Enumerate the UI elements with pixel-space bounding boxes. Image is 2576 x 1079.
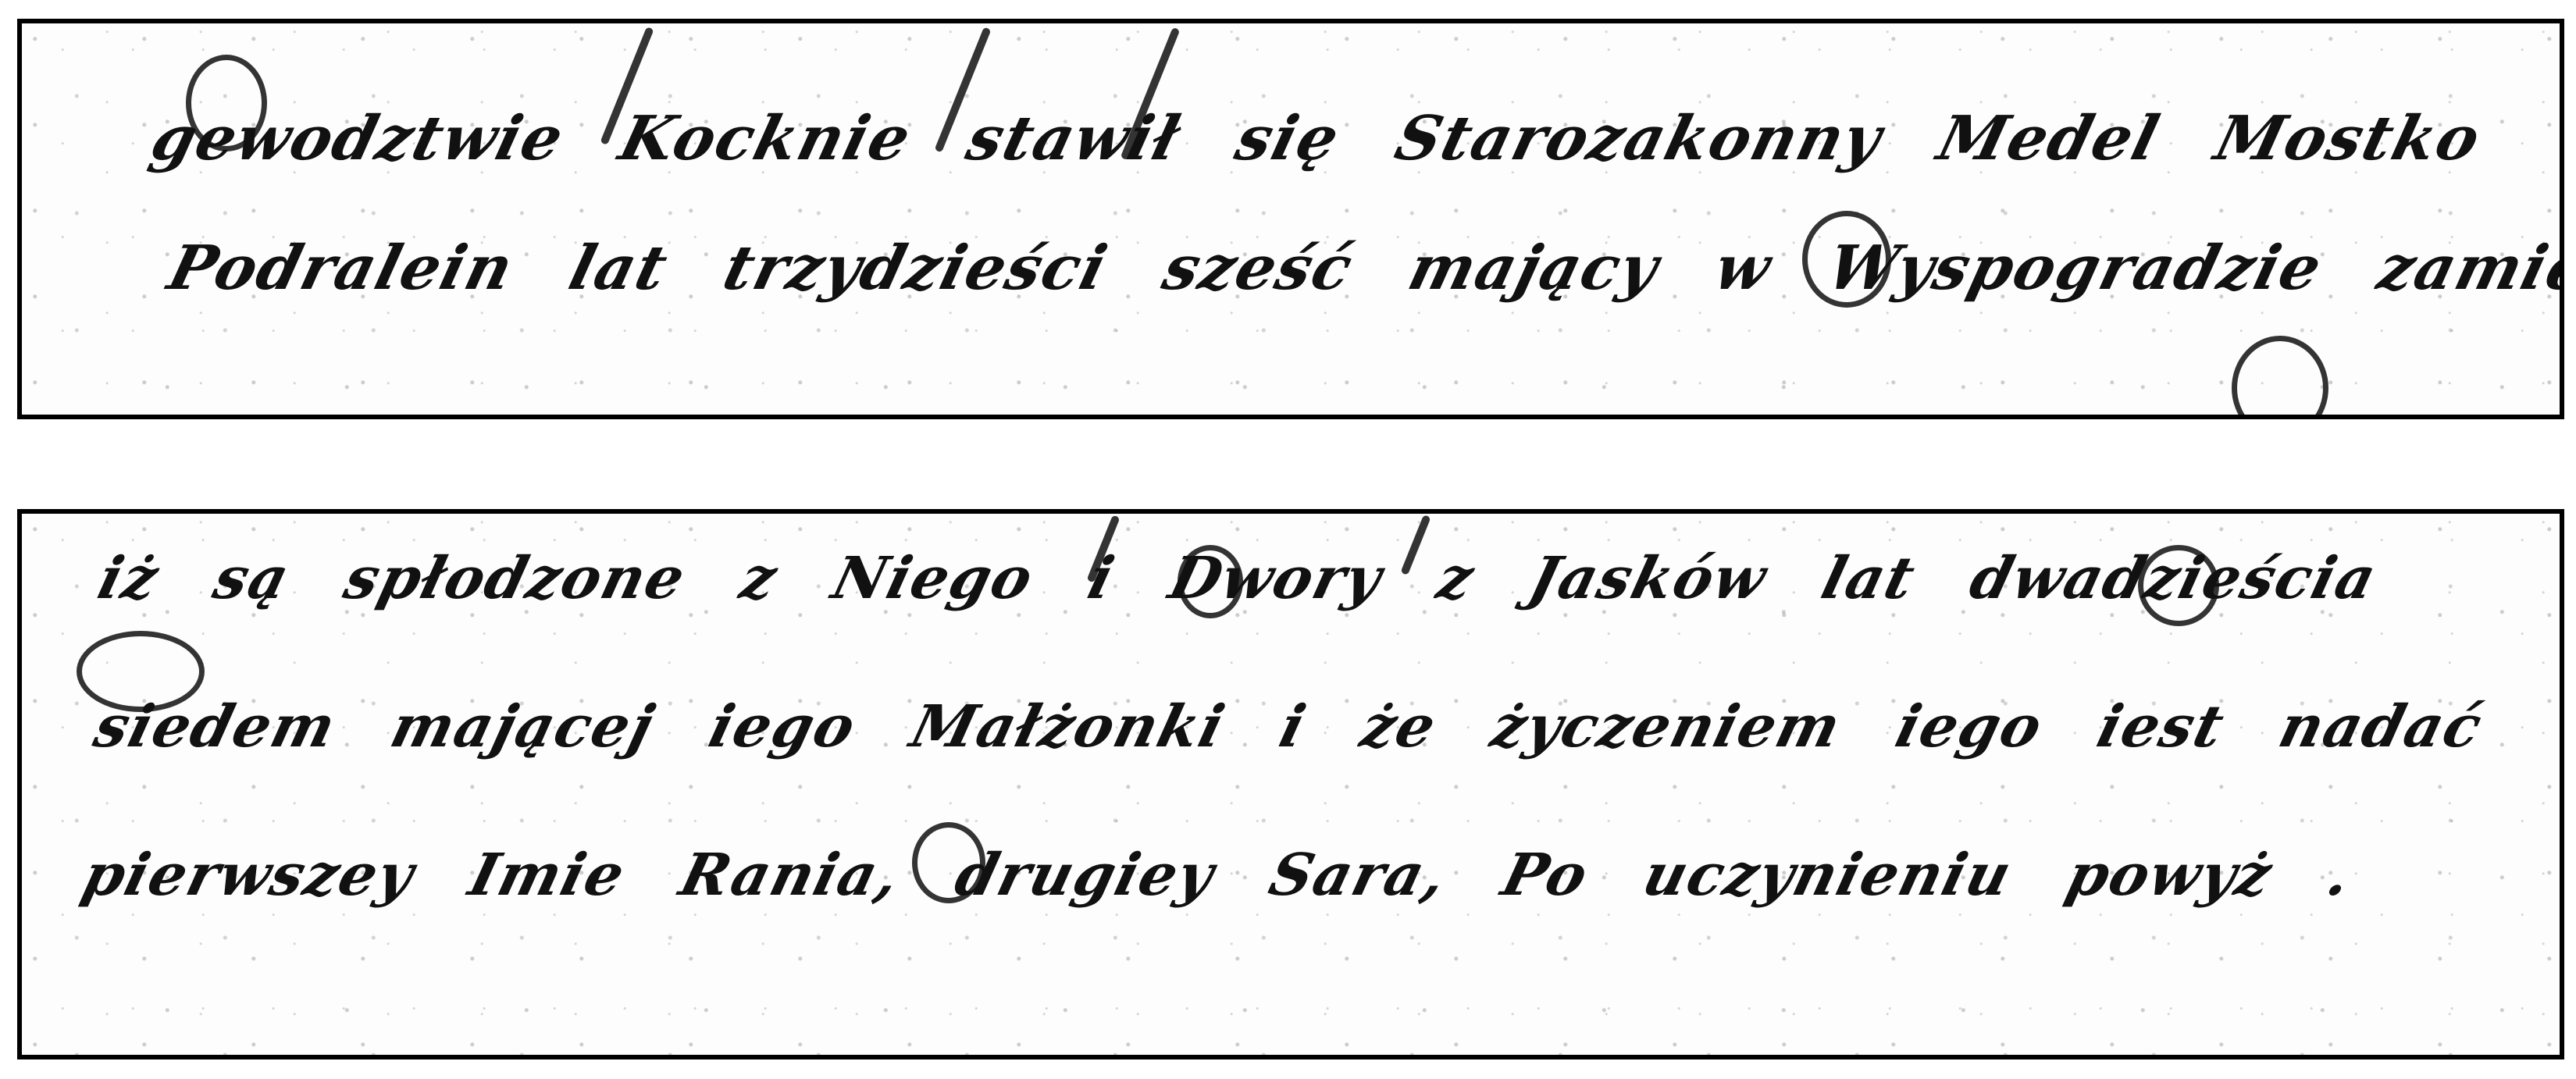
word: Niego (825, 545, 1040, 612)
word: mający (1402, 233, 1666, 304)
word: życzeniem (1484, 693, 1848, 760)
word: z (734, 545, 785, 612)
word: nadać (2272, 693, 2489, 760)
word: zamieszkały (2371, 233, 2564, 304)
word: Wyspogradzie (1820, 233, 2330, 304)
word: pierwszey (76, 842, 422, 909)
word: sześć (1156, 233, 1361, 304)
word: lat (1815, 545, 1922, 612)
word: Po (1495, 842, 1595, 909)
word: Rania, (673, 842, 907, 909)
word: . (2321, 842, 2359, 909)
manuscript-line: iż są spłodzone z Niego i Dwory z Jasków… (91, 545, 2420, 612)
word: uczynieniu (1637, 842, 2019, 909)
word: Jasków (1523, 545, 1774, 612)
word: … (638, 351, 718, 419)
word: … (396, 351, 476, 419)
word: są (207, 545, 297, 612)
word: drugiey (949, 842, 1222, 909)
word: Sara, (1263, 842, 1455, 909)
word: iż (91, 545, 166, 612)
word: Medel (1931, 103, 2167, 174)
manuscript-line-cut-off: … … … … … … (154, 351, 875, 419)
manuscript-lines: gewodztwie Kocknie stawił się Starozakon… (22, 23, 2560, 415)
manuscript-line: pierwszey Imie Rania, drugiey Sara, Po u… (76, 842, 2395, 909)
word: że (1354, 693, 1444, 760)
manuscript-panel-bottom: iż są spłodzone z Niego i Dwory z Jasków… (17, 509, 2564, 1059)
word: spłodzone (338, 545, 693, 612)
manuscript-lines: iż są spłodzone z Niego i Dwory z Jasków… (22, 514, 2560, 1055)
word: trzydzieści (717, 233, 1116, 304)
manuscript-line: gewodztwie Kocknie stawił się Starozakon… (144, 103, 2524, 174)
word: Imie (462, 842, 632, 909)
word: siedem (87, 693, 343, 760)
word: Starozakonny (1388, 103, 1890, 174)
word: … (154, 351, 234, 419)
word: i (1081, 545, 1122, 612)
word: … (517, 351, 597, 419)
word: w (1708, 233, 1780, 304)
word: Kocknie (612, 103, 918, 174)
word: Mostko (2208, 103, 2489, 174)
word: iego (1889, 693, 2050, 760)
word: Dwory (1163, 545, 1390, 612)
word: dwadzieścia (1963, 545, 2384, 612)
word: iest (2090, 693, 2231, 760)
word: powyż (2060, 842, 2279, 909)
word: Podralein (162, 233, 522, 304)
manuscript-line: Podralein lat trzydzieści sześć mający w… (162, 233, 2564, 304)
word: z (1431, 545, 1481, 612)
word: i (1273, 693, 1313, 760)
word: się (1229, 103, 1348, 174)
word: Małżonki (904, 693, 1232, 760)
word: … (759, 351, 839, 419)
manuscript-panel-top: gewodztwie Kocknie stawił się Starozakon… (17, 19, 2564, 419)
word: … (275, 351, 355, 419)
manuscript-line: siedem mającej iego Małżonki i że życzen… (87, 693, 2525, 760)
word: lat (562, 233, 675, 304)
word: gewodztwie (144, 103, 572, 174)
word: iego (703, 693, 864, 760)
word: stawił (960, 103, 1188, 174)
word: mającej (384, 693, 661, 760)
